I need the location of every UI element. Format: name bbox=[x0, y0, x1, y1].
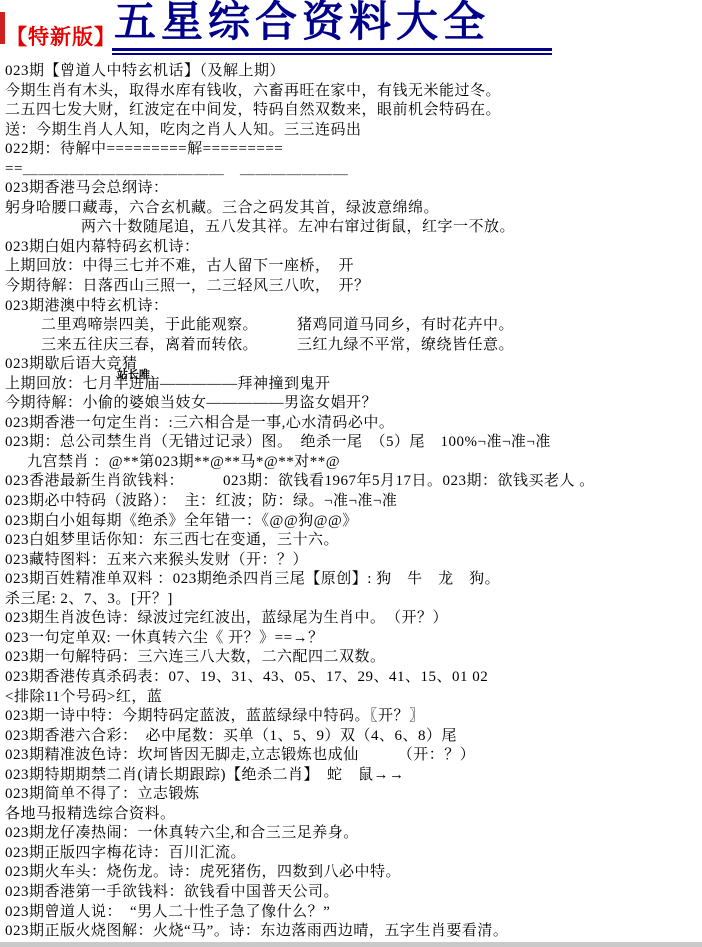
text-line: 023期必中特码（波路）： 主：红波；防：绿。¬准¬准¬准 bbox=[5, 492, 702, 512]
text-line: 送：今期生肖人人知，吃肉之肖人人知。三三连码出 bbox=[5, 121, 702, 141]
content-lines: 023期【曾道人中特玄机话】（及解上期）今期生肖有木头，取得水库有钱收，六畜再旺… bbox=[5, 62, 702, 942]
text-line: ==＿＿＿＿＿＿＿＿＿＿＿＿＿ ＿＿＿＿＿＿＿ bbox=[5, 160, 702, 180]
text-line: 023白姐梦里话你知：东三西七在变通，三十六。 bbox=[5, 531, 702, 551]
text-line: 两六十数随尾追，五八发其祥。左冲右窜过街鼠，红字一不放。 bbox=[5, 218, 702, 238]
text-line: 023香港最新生肖欲钱料： 023期：欲钱看1967年5月17日。023期：欲钱… bbox=[5, 472, 702, 492]
bottom-edge-bar bbox=[0, 942, 702, 947]
text-line: 躬身哈腰口藏毒，六合玄机藏。三合之码发其首，绿波意绵绵。 bbox=[5, 199, 702, 219]
text-line: 二五四七发大财，红波定在中间发，特码自然双数来，眼前机会特码在。 bbox=[5, 101, 702, 121]
text-line: 023期生肖波色诗：绿波过完红波出，蓝绿尾为生肖中。 （开？） bbox=[5, 609, 702, 629]
text-line: 023期一诗中特：今期特码定蓝波，蓝蓝绿绿中特码。〖开？〗 bbox=[5, 707, 702, 727]
text-line: 023期龙仔凑热闹：一休真转六尘,和合三三足养身。 bbox=[5, 824, 702, 844]
text-line: 上期回放：中得三七并不难，古人留下一座桥， 开 bbox=[5, 257, 702, 277]
text-line: 023期正版火烧图解：火烧“马”。诗：东边落雨西边晴，五字生肖要看清。 bbox=[5, 922, 702, 942]
text-line: 杀三尾: 2、7、3。[开？] bbox=[5, 590, 702, 610]
text-line: 023期精准波色诗：坎坷皆因无脚走,立志锻炼也成仙 （开：？） bbox=[5, 746, 702, 766]
page-title[interactable]: 五星综合资料大全 bbox=[112, 1, 552, 51]
text-line: 022期：待解中=========解========= bbox=[5, 140, 702, 160]
page-header: 【特新版】 五星综合资料大全 bbox=[0, 0, 702, 61]
text-line: 今期生肖有木头，取得水库有钱收，六畜再旺在家中，有钱无米能过冬。 bbox=[5, 82, 702, 102]
text-line: 023期百姓精准单双料 ：023期绝杀四肖三尾【原创】: 狗 牛 龙 狗。 bbox=[5, 570, 702, 590]
text-line: 023期简单不得了：立志锻炼 bbox=[5, 785, 702, 805]
text-line: 023期火车头：烧伤龙。诗：虎死猪伤，四数到八必中特。 bbox=[5, 863, 702, 883]
page-title-underline: 五星综合资料大全 bbox=[112, 1, 552, 55]
text-line: 023期香港一句定生肖：:三六相合是一事,心水清码必中。 bbox=[5, 414, 702, 434]
text-line: 023期正版四字梅花诗：百川汇流。 bbox=[5, 844, 702, 864]
text-line: 九宫禁肖 ：@**第023期**@**马*@**对**@ bbox=[5, 453, 702, 473]
text-line: 三来五往庆三春，离着而转依。 三红九绿不平常，缭绕皆任意。 bbox=[5, 336, 702, 356]
left-edge-red-mark bbox=[0, 12, 5, 44]
text-line: 023期香港六合彩： 必中尾数：买单（1、5、9）双（4、6、8）尾 bbox=[5, 727, 702, 747]
text-line: 023一句定单双: 一休真转六尘《 开？》==→？ bbox=[5, 629, 702, 649]
text-line: 各地马报精选综合资料。 bbox=[5, 805, 702, 825]
text-line: 023期曾道人说： “男人二十性子急了像什么？” bbox=[5, 903, 702, 923]
text-line: 二里鸡啼崇四美，于此能观察。 猪鸡同道马同乡，有时花卉中。 bbox=[5, 316, 702, 336]
text-line: 023期香港马会总纲诗： bbox=[5, 179, 702, 199]
text-line: 023期白姐内幕特码玄机诗： bbox=[5, 238, 702, 258]
text-line: 023期特期期禁二肖(请长期跟踪)【绝杀二肖】 蛇 鼠→→ bbox=[5, 766, 702, 786]
text-line: 023期香港传真杀码表：07、19、31、43、05、17、29、41、15、0… bbox=[5, 668, 702, 688]
text-line: 023期歇后语大竞猜站长唯 bbox=[5, 355, 702, 375]
text-line: 今期待解：日落西山三照一，二三轻风三八吹， 开？ bbox=[5, 277, 702, 297]
text-line: 023期一句解特码：三六连三八大数，二六配四二双数。 bbox=[5, 648, 702, 668]
edition-badge: 【特新版】 bbox=[6, 21, 116, 51]
text-line: 023期白小姐每期《绝杀》全年错一：《@@狗@@》 bbox=[5, 512, 702, 532]
text-line: 上期回放：七月半进庙—————拜神撞到鬼开 bbox=[5, 375, 702, 395]
text-line: <排除11个号码>红，蓝 bbox=[5, 688, 702, 708]
text-line: 023期港澳中特玄机诗： bbox=[5, 297, 702, 317]
text-line: 023期：总公司禁生肖（无错过记录）图。 绝杀一尾 （5）尾 100%¬准¬准¬… bbox=[5, 433, 702, 453]
text-line: 023期香港第一手欲钱料：欲钱看中国普天公司。 bbox=[5, 883, 702, 903]
text-line: 023期【曾道人中特玄机话】（及解上期） bbox=[5, 62, 702, 82]
text-line: 今期待解：小偷的婆娘当妓女—————男盗女娼开？ bbox=[5, 394, 702, 414]
text-line: 023藏特图料：五来六来猴头发财（开：？） bbox=[5, 551, 702, 571]
